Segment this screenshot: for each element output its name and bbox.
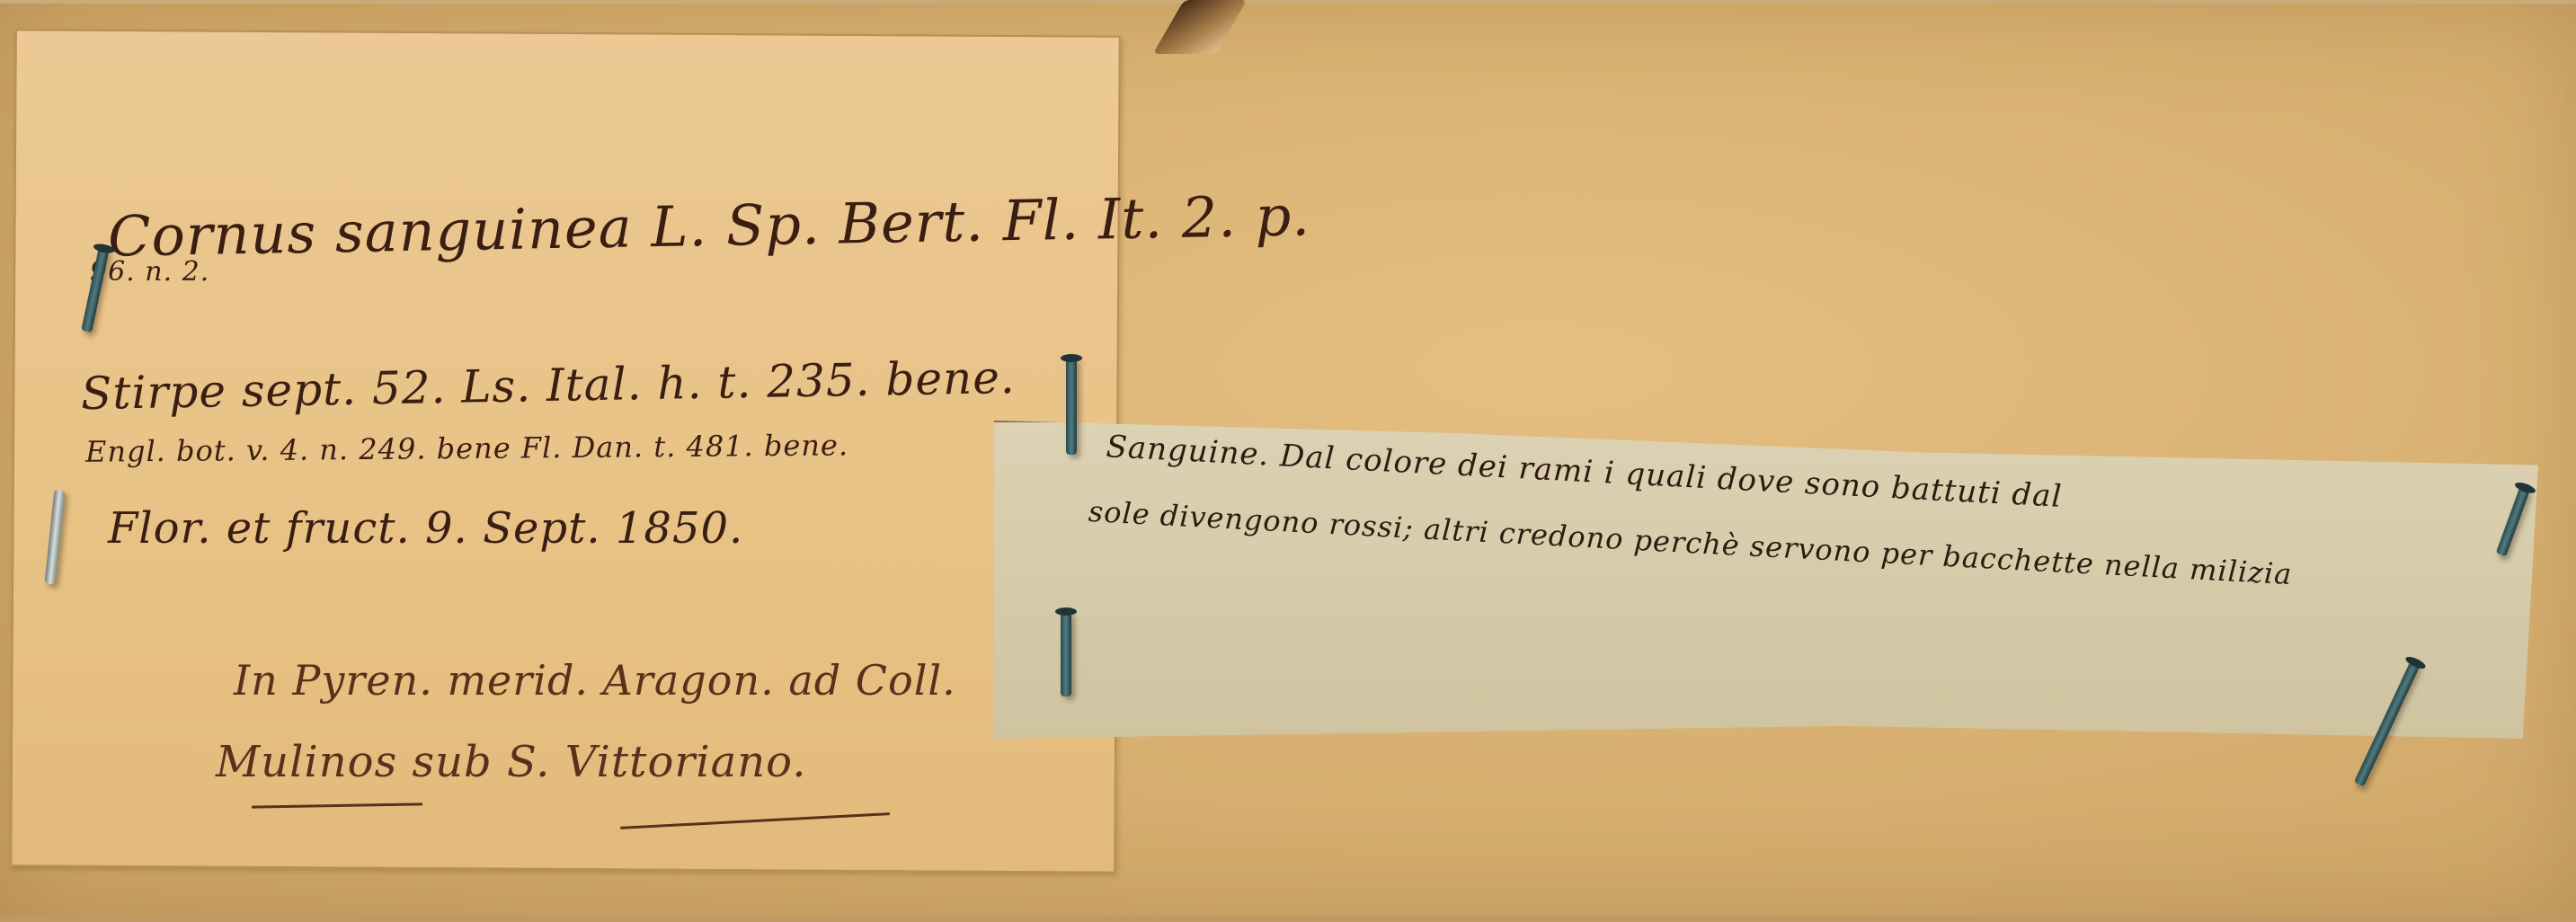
frame-edge-top <box>0 0 2576 4</box>
label-line-refs-2: Engl. bot. v. 4. n. 249. bene Fl. Dan. t… <box>85 428 848 468</box>
label-line-date: Flor. et fruct. 9. Sept. 1850. <box>108 503 743 554</box>
label-line-locality-2: Mulinos sub S. Vittoriano. <box>216 737 806 787</box>
label-line-locality-1: In Pyren. merid. Aragon. ad Coll. <box>234 656 956 705</box>
pin-icon <box>1066 358 1077 455</box>
label-line-reference-cont: 96. n. 2. <box>90 256 209 288</box>
frame-edge-bottom <box>0 917 2576 922</box>
pin-icon <box>1061 611 1071 696</box>
